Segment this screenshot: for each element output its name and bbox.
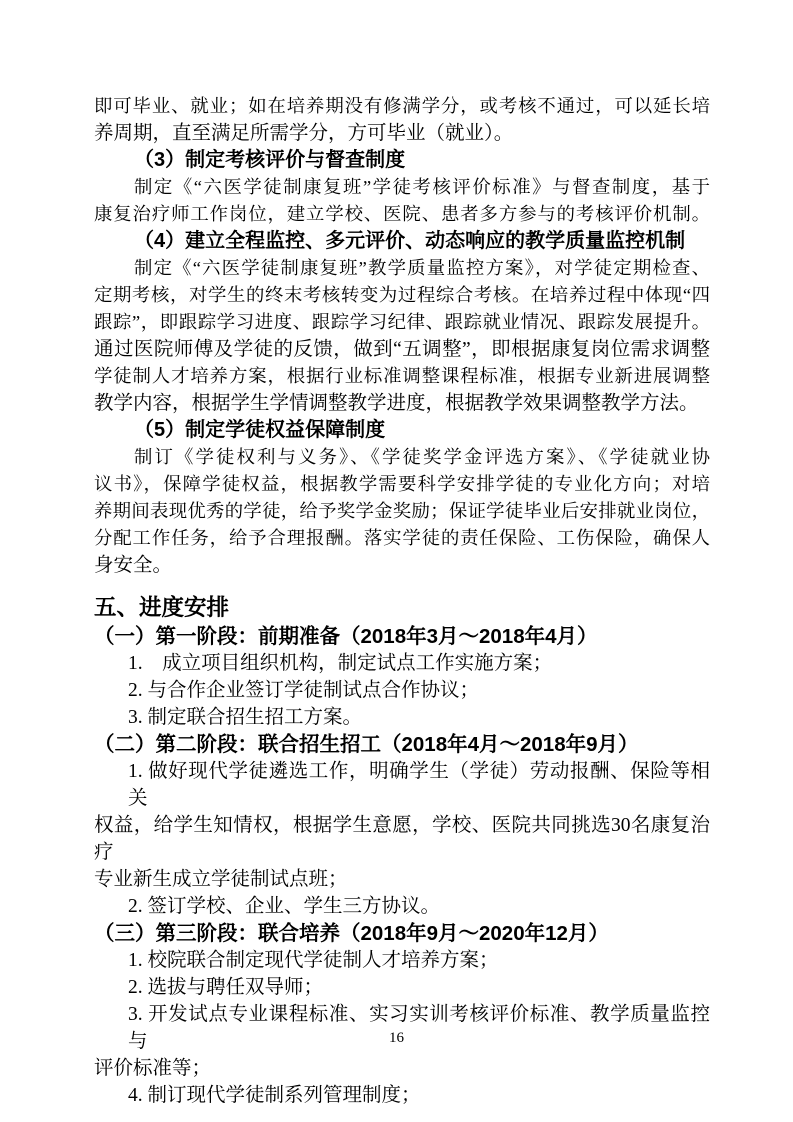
text-line: 跟踪”，即跟踪学习进度、跟踪学习纪律、跟踪就业情况、跟踪发展提升。 — [94, 309, 710, 336]
text-line: 养期间表现优秀的学徒，给予奖学金奖励；保证学徒毕业后安排就业岗位， — [94, 498, 710, 525]
text-line: 学徒制人才培养方案，根据行业标准调整课程标准，根据专业新进展调整 — [94, 363, 710, 390]
stage-heading: （三）第三阶段：联合培养（2018年9月～2020年12月） — [94, 920, 710, 947]
text-line: 身安全。 — [94, 552, 710, 579]
text-line: 分配工作任务，给予合理报酬。落实学徒的责任保险、工伤保险，确保人 — [94, 525, 710, 552]
list-item-line: 1. 做好现代学徒遴选工作，明确学生（学徒）劳动报酬、保险等相关 — [94, 758, 710, 812]
text-line: 通过医院师傅及学徒的反馈，做到“五调整”，即根据康复岗位需求调整 — [94, 336, 710, 363]
stage-heading: （二）第二阶段：联合招生招工（2018年4月～2018年9月） — [94, 731, 710, 758]
text-line: 议书》，保障学徒权益，根据教学需要科学安排学徒的专业化方向；对培 — [94, 471, 710, 498]
text-line: 制定《“六医学徒制康复班”学徒考核评价标准》与督查制度，基于 — [94, 174, 710, 201]
list-item-line: 2. 选拔与聘任双导师； — [94, 974, 710, 1001]
numbered-heading: （5）制定学徒权益保障制度 — [94, 417, 710, 444]
numbered-heading: （4）建立全程监控、多元评价、动态响应的教学质量监控机制 — [94, 228, 710, 255]
list-item-line: 1. 校院联合制定现代学徒制人才培养方案； — [94, 947, 710, 974]
stage-heading: （一）第一阶段：前期准备（2018年3月～2018年4月） — [94, 623, 710, 650]
text-line: 教学内容，根据学生学情调整教学进度，根据教学效果调整教学方法。 — [94, 390, 710, 417]
text-line: 评价标准等； — [94, 1055, 710, 1082]
text-line: 制订《学徒权利与义务》、《学徒奖学金评选方案》、《学徒就业协 — [94, 444, 710, 471]
page-number: 16 — [0, 1030, 793, 1047]
list-item-line: 1. 成立项目组织机构，制定试点工作实施方案； — [94, 650, 710, 677]
document-body: 即可毕业、就业；如在培养期没有修满学分，或考核不通过，可以延长培养周期，直至满足… — [94, 93, 710, 1109]
numbered-heading: （3）制定考核评价与督查制度 — [94, 147, 710, 174]
text-line: 权益，给学生知情权，根据学生意愿，学校、医院共同挑选30名康复治疗 — [94, 812, 710, 866]
text-line: 即可毕业、就业；如在培养期没有修满学分，或考核不通过，可以延长培 — [94, 93, 710, 120]
text-line: 制定《“六医学徒制康复班”教学质量监控方案》，对学徒定期检查、 — [94, 255, 710, 282]
text-line: 康复治疗师工作岗位，建立学校、医院、患者多方参与的考核评价机制。 — [94, 201, 710, 228]
document-page: 即可毕业、就业；如在培养期没有修满学分，或考核不通过，可以延长培养周期，直至满足… — [0, 0, 793, 1122]
section-heading: 五、进度安排 — [94, 593, 710, 623]
list-item-line: 2. 签订学校、企业、学生三方协议。 — [94, 893, 710, 920]
text-line: 养周期，直至满足所需学分，方可毕业（就业）。 — [94, 120, 710, 147]
list-item-line: 2. 与合作企业签订学徒制试点合作协议； — [94, 677, 710, 704]
list-item-line: 3. 制定联合招生招工方案。 — [94, 704, 710, 731]
list-item-line: 4. 制订现代学徒制系列管理制度； — [94, 1082, 710, 1109]
text-line: 专业新生成立学徒制试点班； — [94, 866, 710, 893]
text-line: 定期考核，对学生的终末考核转变为过程综合考核。在培养过程中体现“四 — [94, 282, 710, 309]
